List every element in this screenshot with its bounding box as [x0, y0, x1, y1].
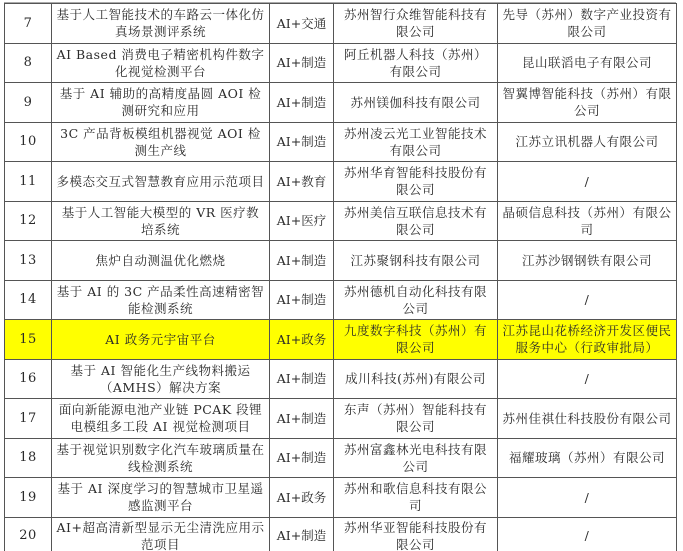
- project-table: 7 基于人工智能技术的车路云一体化仿真场景测评系统 AI+交通 苏州智行众维智能…: [4, 3, 677, 551]
- project-name: 基于 AI 智能化生产线物料搬运（AMHS）解决方案: [52, 359, 270, 399]
- row-number: 16: [5, 359, 52, 399]
- row-number: 19: [5, 478, 52, 518]
- table-row-highlighted: 15 AI 政务元宇宙平台 AI+政务 九度数字科技（苏州）有限公司 江苏昆山花…: [5, 320, 677, 360]
- table-row: 12 基于人工智能大模型的 VR 医疗教培系统 AI+医疗 苏州美信互联信息技术…: [5, 201, 677, 241]
- project-name: 基于 AI 深度学习的智慧城市卫星遥感监测平台: [52, 478, 270, 518]
- applicant: 阿丘机器人科技（苏州）有限公司: [334, 43, 498, 83]
- partner: 昆山联滔电子有限公司: [498, 43, 677, 83]
- table-row: 11 多模态交互式智慧教育应用示范项目 AI+教育 苏州华育智能科技股份有限公司…: [5, 162, 677, 202]
- applicant: 苏州德机自动化科技有限公司: [334, 280, 498, 320]
- project-name: 基于视觉识别数字化汽车玻璃质量在线检测系统: [52, 438, 270, 478]
- category: AI+制造: [270, 517, 334, 551]
- project-name: 基于人工智能技术的车路云一体化仿真场景测评系统: [52, 4, 270, 44]
- row-number: 18: [5, 438, 52, 478]
- category: AI+制造: [270, 122, 334, 162]
- partner: 晶硕信息科技（苏州）有限公司: [498, 201, 677, 241]
- partner: /: [498, 162, 677, 202]
- project-name: 多模态交互式智慧教育应用示范项目: [52, 162, 270, 202]
- applicant: 苏州华育智能科技股份有限公司: [334, 162, 498, 202]
- partner: 智翼博智能科技（苏州）有限公司: [498, 83, 677, 123]
- row-number: 11: [5, 162, 52, 202]
- partner: 江苏立讯机器人有限公司: [498, 122, 677, 162]
- partner: 江苏昆山花桥经济开发区便民服务中心（行政审批局）: [498, 320, 677, 360]
- project-name: 基于 AI 的 3C 产品柔性高速精密智能检测系统: [52, 280, 270, 320]
- row-number: 17: [5, 399, 52, 439]
- category: AI+制造: [270, 438, 334, 478]
- table-row: 13 焦炉自动测温优化燃烧 AI+制造 江苏聚钢科技有限公司 江苏沙钢钢铁有限公…: [5, 241, 677, 281]
- table-row: 16 基于 AI 智能化生产线物料搬运（AMHS）解决方案 AI+制造 成川科技…: [5, 359, 677, 399]
- category: AI+交通: [270, 4, 334, 44]
- row-number: 8: [5, 43, 52, 83]
- table-row: 7 基于人工智能技术的车路云一体化仿真场景测评系统 AI+交通 苏州智行众维智能…: [5, 4, 677, 44]
- row-number: 9: [5, 83, 52, 123]
- project-name: 基于 AI 辅助的高精度晶圆 AOI 检测研究和应用: [52, 83, 270, 123]
- category: AI+制造: [270, 83, 334, 123]
- row-number: 7: [5, 4, 52, 44]
- partner: 福耀玻璃（苏州）有限公司: [498, 438, 677, 478]
- applicant: 苏州美信互联信息技术有限公司: [334, 201, 498, 241]
- row-number: 14: [5, 280, 52, 320]
- applicant: 苏州凌云光工业智能技术有限公司: [334, 122, 498, 162]
- row-number: 12: [5, 201, 52, 241]
- table-row: 19 基于 AI 深度学习的智慧城市卫星遥感监测平台 AI+政务 苏州和歌信息科…: [5, 478, 677, 518]
- applicant: 苏州智行众维智能科技有限公司: [334, 4, 498, 44]
- category: AI+制造: [270, 43, 334, 83]
- table-row: 9 基于 AI 辅助的高精度晶圆 AOI 检测研究和应用 AI+制造 苏州镁伽科…: [5, 83, 677, 123]
- applicant: 东声（苏州）智能科技有限公司: [334, 399, 498, 439]
- category: AI+制造: [270, 280, 334, 320]
- applicant: 江苏聚钢科技有限公司: [334, 241, 498, 281]
- category: AI+教育: [270, 162, 334, 202]
- applicant: 苏州华亚智能科技股份有限公司: [334, 517, 498, 551]
- partner: /: [498, 280, 677, 320]
- partner: 先导（苏州）数字产业投资有限公司: [498, 4, 677, 44]
- partner: /: [498, 359, 677, 399]
- category: AI+政务: [270, 478, 334, 518]
- row-number: 15: [5, 320, 52, 360]
- table-row: 14 基于 AI 的 3C 产品柔性高速精密智能检测系统 AI+制造 苏州德机自…: [5, 280, 677, 320]
- applicant: 苏州和歌信息科技有限公司: [334, 478, 498, 518]
- partner: 江苏沙钢钢铁有限公司: [498, 241, 677, 281]
- applicant: 九度数字科技（苏州）有限公司: [334, 320, 498, 360]
- category: AI+政务: [270, 320, 334, 360]
- project-name: 焦炉自动测温优化燃烧: [52, 241, 270, 281]
- project-name: 3C 产品背板模组机器视觉 AOI 检测生产线: [52, 122, 270, 162]
- project-name: AI Based 消费电子精密机构件数字化视觉检测平台: [52, 43, 270, 83]
- applicant: 苏州富鑫林光电科技有限公司: [334, 438, 498, 478]
- applicant: 成川科技(苏州)有限公司: [334, 359, 498, 399]
- project-name: AI 政务元宇宙平台: [52, 320, 270, 360]
- row-number: 10: [5, 122, 52, 162]
- partner: /: [498, 517, 677, 551]
- table-row: 8 AI Based 消费电子精密机构件数字化视觉检测平台 AI+制造 阿丘机器…: [5, 43, 677, 83]
- category: AI+制造: [270, 359, 334, 399]
- table-row: 18 基于视觉识别数字化汽车玻璃质量在线检测系统 AI+制造 苏州富鑫林光电科技…: [5, 438, 677, 478]
- project-name: AI+超高清新型显示无尘清洗应用示范项目: [52, 517, 270, 551]
- category: AI+医疗: [270, 201, 334, 241]
- partner: 苏州佳祺仕科技股份有限公司: [498, 399, 677, 439]
- project-name: 基于人工智能大模型的 VR 医疗教培系统: [52, 201, 270, 241]
- table-row: 20 AI+超高清新型显示无尘清洗应用示范项目 AI+制造 苏州华亚智能科技股份…: [5, 517, 677, 551]
- category: AI+制造: [270, 241, 334, 281]
- row-number: 13: [5, 241, 52, 281]
- table-row: 17 面向新能源电池产业链 PCAK 段锂电模组多工段 AI 视觉检测项目 AI…: [5, 399, 677, 439]
- project-name: 面向新能源电池产业链 PCAK 段锂电模组多工段 AI 视觉检测项目: [52, 399, 270, 439]
- applicant: 苏州镁伽科技有限公司: [334, 83, 498, 123]
- table-row: 10 3C 产品背板模组机器视觉 AOI 检测生产线 AI+制造 苏州凌云光工业…: [5, 122, 677, 162]
- partner: /: [498, 478, 677, 518]
- category: AI+制造: [270, 399, 334, 439]
- row-number: 20: [5, 517, 52, 551]
